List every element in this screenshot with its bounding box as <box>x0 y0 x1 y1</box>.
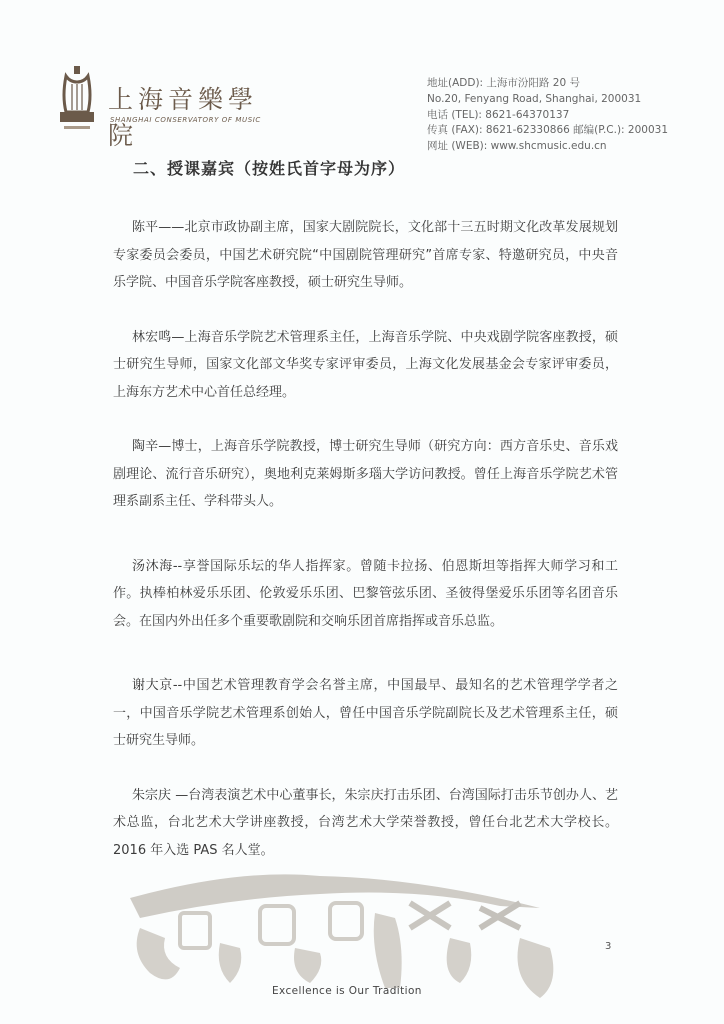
bio-text: --中国艺术管理教育学会名誉主席，中国最早、最知名的艺术管理学学者之一，中国音乐… <box>113 678 618 748</box>
bio-paragraph: 汤沐海--享誉国际乐坛的华人指挥家。曾随卡拉扬、伯恩斯坦等指挥大师学习和工作。执… <box>113 553 618 636</box>
contact-address-en: No.20, Fenyang Road, Shanghai, 200031 <box>427 92 668 108</box>
bio-text: —台湾表演艺术中心董事长，朱宗庆打击乐团、台湾国际打击乐节创办人、艺术总监，台北… <box>113 788 618 858</box>
bio-paragraph: 谢大京--中国艺术管理教育学会名誉主席，中国最早、最知名的艺术管理学学者之一，中… <box>113 672 618 755</box>
bio-name: 朱宗庆 <box>132 788 171 803</box>
bio-name: 谢大京 <box>132 678 173 693</box>
lyre-emblem-icon <box>58 66 96 132</box>
bio-name: 林宏鸣 <box>132 330 171 345</box>
bio-paragraph: 陈平——北京市政协副主席，国家大剧院院长，文化部十三五时期文化改革发展规划专家委… <box>113 214 618 297</box>
contact-tel: 电话 (TEL): 8621-64370137 <box>427 108 668 124</box>
bio-text: ——北京市政协副主席，国家大剧院院长，文化部十三五时期文化改革发展规划专家委员会… <box>113 220 618 290</box>
bio-paragraph: 朱宗庆 —台湾表演艺术中心董事长，朱宗庆打击乐团、台湾国际打击乐节创办人、艺术总… <box>113 782 618 865</box>
contact-info: 地址(ADD): 上海市汾阳路 20 号 No.20, Fenyang Road… <box>427 76 668 155</box>
footer-motto: Excellence is Our Tradition <box>272 985 422 997</box>
school-logo: 上海音樂學院 SHANGHAI CONSERVATORY OF MUSIC <box>48 66 263 134</box>
bio-name: 陶辛 <box>132 439 158 454</box>
logo-name-en: SHANGHAI CONSERVATORY OF MUSIC <box>110 116 261 124</box>
page-number: 3 <box>605 941 611 952</box>
bio-text: —上海音乐学院艺术管理系主任，上海音乐学院、中央戏剧学院客座教授，硕士研究生导师… <box>113 330 618 400</box>
bio-paragraph: 林宏鸣—上海音乐学院艺术管理系主任，上海音乐学院、中央戏剧学院客座教授，硕士研究… <box>113 324 618 407</box>
section-title: 二、授课嘉宾（按姓氏首字母为序） <box>133 156 405 179</box>
contact-address-cn: 地址(ADD): 上海市汾阳路 20 号 <box>427 76 668 92</box>
contact-web: 网址 (WEB): www.shcmusic.edu.cn <box>427 139 668 155</box>
bio-name: 汤沐海 <box>132 559 173 574</box>
guest-bio-list: 陈平——北京市政协副主席，国家大剧院院长，文化部十三五时期文化改革发展规划专家委… <box>113 214 618 877</box>
bio-paragraph: 陶辛—博士，上海音乐学院教授，博士研究生导师（研究方向：西方音乐史、音乐戏剧理论… <box>113 433 618 516</box>
contact-fax-postcode: 传真 (FAX): 8621-62330866 邮编(P.C.): 200031 <box>427 123 668 139</box>
bio-text: —博士，上海音乐学院教授，博士研究生导师（研究方向：西方音乐史、音乐戏剧理论、流… <box>113 439 618 509</box>
bio-text: --享誉国际乐坛的华人指挥家。曾随卡拉扬、伯恩斯坦等指挥大师学习和工作。执棒柏林… <box>113 559 618 629</box>
bio-name: 陈平 <box>132 220 158 235</box>
